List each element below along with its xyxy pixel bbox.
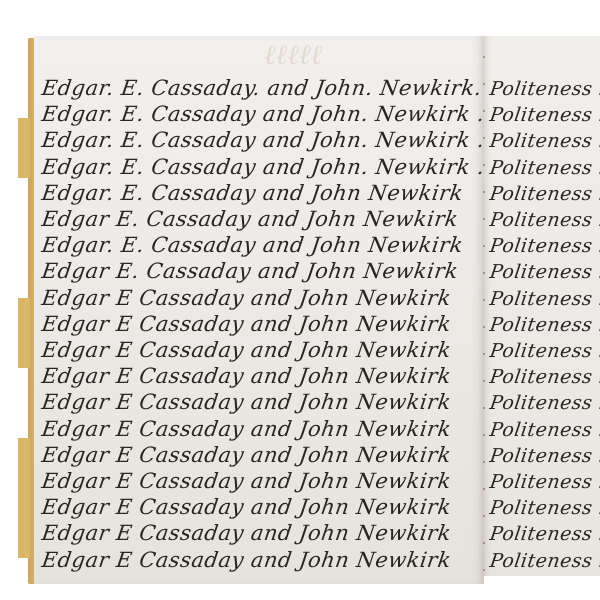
handwritten-line: Politeness in: [488, 523, 600, 545]
binding-stitch-hole: [483, 353, 485, 355]
torn-edge-tab: [18, 118, 30, 178]
binding-stitch-hole: [483, 164, 485, 166]
binding-stitch-hole: [483, 461, 485, 463]
handwritten-line: Edgar E. Cassaday and John Newkirk: [40, 259, 460, 283]
handwritten-line: Politeness in: [488, 497, 600, 519]
handwritten-line: Edgar E Cassaday and John Newkirk: [40, 469, 452, 493]
handwritten-line: Politeness in: [488, 419, 600, 441]
binding-stitch-hole: [483, 137, 485, 139]
handwritten-line: Edgar. E. Cassaday and John Newkirk: [40, 181, 464, 205]
handwritten-line: Politeness in: [488, 366, 600, 388]
handwritten-line: Politeness in: [488, 392, 600, 414]
binding-stitch-hole: [483, 299, 485, 301]
binding-stitch-hole: [483, 326, 485, 328]
handwritten-line: Politeness in: [488, 340, 600, 362]
handwritten-line: Politeness is: [488, 130, 600, 152]
binding-stitch-hole: [483, 542, 485, 544]
torn-edge-tab: [18, 298, 30, 368]
binding-stitch-hole: [483, 272, 485, 274]
handwritten-line: Edgar E Cassaday and John Newkirk: [40, 417, 452, 441]
handwritten-line: Edgar E Cassaday and John Newkirk: [40, 443, 452, 467]
handwritten-line: Edgar E. Cassaday and John Newkirk: [40, 207, 460, 231]
handwritten-line: Politeness in: [488, 550, 600, 572]
handwritten-line: Politeness is: [488, 157, 600, 179]
handwritten-line: Politeness in: [488, 445, 600, 467]
handwritten-line: Politeness in: [488, 261, 600, 283]
binding-stitch-hole: [483, 380, 485, 382]
handwritten-line: Edgar E Cassaday and John Newkirk: [40, 495, 452, 519]
handwritten-line: Edgar E Cassaday and John Newkirk: [40, 312, 452, 336]
handwritten-line: Edgar E Cassaday and John Newkirk: [40, 338, 452, 362]
handwritten-line: Edgar E Cassaday and John Newkirk: [40, 390, 452, 414]
handwritten-line: Edgar E Cassaday and John Newkirk: [40, 521, 452, 545]
handwritten-line: Edgar E Cassaday and John Newkirk: [40, 364, 452, 388]
binding-stitch-hole: [483, 191, 485, 193]
handwritten-line: Edgar E Cassaday and John Newkirk: [40, 548, 452, 572]
handwritten-line: Edgar. E. Cassaday and John. Newkirk .: [40, 155, 486, 179]
handwritten-line: Edgar. E. Cassaday and John. Newkirk .: [40, 128, 486, 152]
handwritten-line: Politeness in: [488, 235, 600, 257]
handwritten-line: Edgar. E. Cassaday and John. Newkirk .: [40, 102, 486, 126]
notebook: ℓℓℓℓℓ Edgar. E. Cassaday. and John. Newk…: [28, 36, 600, 584]
handwritten-line: Politeness is: [488, 78, 600, 100]
handwritten-line: Politeness in: [488, 314, 600, 336]
binding-stitch-hole: [483, 218, 485, 220]
handwritten-line: Politeness is: [488, 183, 600, 205]
right-page: Ed Politeness isPoliteness isPoliteness …: [484, 36, 600, 576]
binding-stitch-hole: [483, 515, 485, 517]
handwritten-line: Edgar E Cassaday and John Newkirk: [40, 286, 452, 310]
binding-stitch-hole: [483, 83, 485, 85]
binding-stitch-hole: [483, 245, 485, 247]
binding-stitch-hole: [483, 569, 485, 571]
binding-stitch-hole: [483, 434, 485, 436]
binding-stitch-hole: [483, 56, 485, 58]
binding-stitch-hole: [483, 110, 485, 112]
binding-stitch-hole: [483, 488, 485, 490]
handwritten-line: Politeness in: [488, 209, 600, 231]
handwritten-line: Politeness in: [488, 288, 600, 310]
handwritten-line: Edgar. E. Cassaday and John Newkirk: [40, 233, 464, 257]
binding-stitch-hole: [483, 407, 485, 409]
handwritten-line: Politeness in: [488, 471, 600, 493]
handwritten-line: Edgar. E. Cassaday. and John. Newkirk.: [40, 76, 483, 100]
bleed-through-marks: ℓℓℓℓℓ: [264, 38, 322, 72]
torn-edge-tab: [18, 438, 30, 558]
left-page: ℓℓℓℓℓ Edgar. E. Cassaday. and John. Newk…: [34, 36, 484, 584]
handwritten-line: Politeness is: [488, 104, 600, 126]
